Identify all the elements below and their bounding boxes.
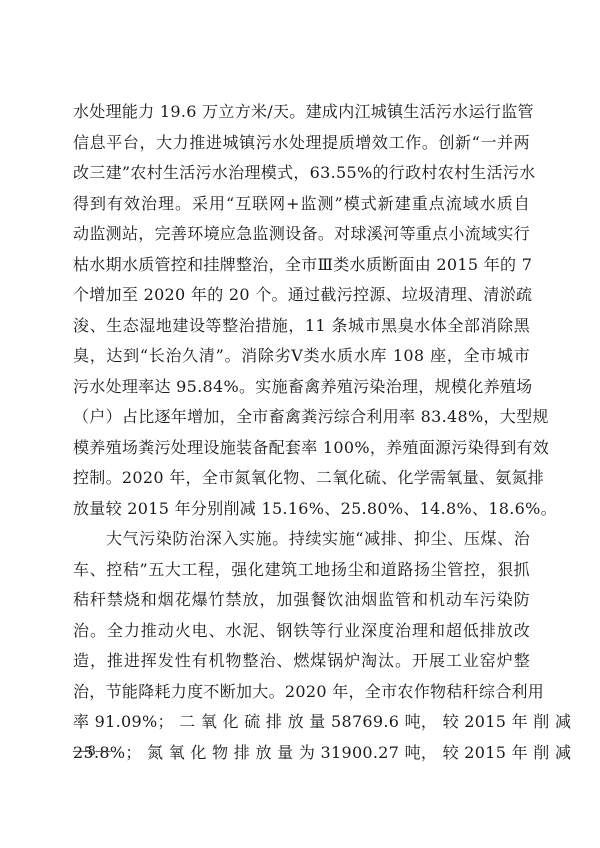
text-line: 大气污染防治深入实施。持续实施“减排、抑尘、压煤、治 — [73, 524, 530, 555]
text-line: 信息平台，大力推进城镇污水处理提质增效工作。创新“一并两 — [73, 128, 530, 159]
text-line: 放量较 2015 年分别削减 15.16%、25.80%、14.8%、18.6%… — [73, 494, 530, 525]
text-line: 水处理能力 19.6 万立方米/天。建成内江城镇生活污水运行监管 — [73, 97, 530, 128]
text-line: 造，推进挥发性有机物整治、燃煤锅炉淘汰。开展工业窑炉整 — [73, 646, 530, 677]
text-line: 25.8%； 氮 氧 化 物 排 放 量 为 31900.27 吨， 较 201… — [73, 738, 530, 769]
text-line: 模养殖场粪污处理设施装备配套率 100%，养殖面源污染得到有效 — [73, 433, 530, 464]
text-line: 得到有效治理。采用“互联网+监测”模式新建重点流域水质自 — [73, 189, 530, 220]
air-pollution-paragraph: 大气污染防治深入实施。持续实施“减排、抑尘、压煤、治 车、控秸”五大工程，强化建… — [73, 524, 530, 768]
text-line: 动监测站，完善环境应急监测设备。对球溪河等重点小流域实行 — [73, 219, 530, 250]
text-line: 臭，达到“长治久清”。消除劣Ⅴ类水质水库 108 座，全市城市 — [73, 341, 530, 372]
document-page: 水处理能力 19.6 万立方米/天。建成内江城镇生活污水运行监管 信息平台，大力… — [73, 97, 530, 768]
text-line: （户）占比逐年增加，全市畜禽粪污综合利用率 83.48%，大型规 — [73, 402, 530, 433]
text-line: 个增加至 2020 年的 20 个。通过截污控源、垃圾清理、清淤疏 — [73, 280, 530, 311]
page-number: —8— — [73, 743, 111, 760]
text-line: 改三建”农村生活污水治理模式，63.55%的行政村农村生活污水 — [73, 158, 530, 189]
text-line: 浚、生态湿地建设等整治措施，11 条城市黑臭水体全部消除黑 — [73, 311, 530, 342]
text-line: 车、控秸”五大工程，强化建筑工地扬尘和道路扬尘管控，狠抓 — [73, 555, 530, 586]
text-line: 枯水期水质管控和挂牌整治，全市Ⅲ类水质断面由 2015 年的 7 — [73, 250, 530, 281]
text-line: 污水处理率达 95.84%。实施畜禽养殖污染治理，规模化养殖场 — [73, 372, 530, 403]
text-line: 率 91.09%； 二 氧 化 硫 排 放 量 58769.6 吨， 较 201… — [73, 707, 530, 738]
text-line: 治。全力推动火电、水泥、钢铁等行业深度治理和超低排放改 — [73, 616, 530, 647]
text-line: 控制。2020 年，全市氮氧化物、二氧化硫、化学需氧量、氨氮排 — [73, 463, 530, 494]
water-treatment-paragraph: 水处理能力 19.6 万立方米/天。建成内江城镇生活污水运行监管 信息平台，大力… — [73, 97, 530, 524]
text-line: 秸秆禁烧和烟花爆竹禁放，加强餐饮油烟监管和机动车污染防 — [73, 585, 530, 616]
text-line: 治，节能降耗力度不断加大。2020 年，全市农作物秸秆综合利用 — [73, 677, 530, 708]
